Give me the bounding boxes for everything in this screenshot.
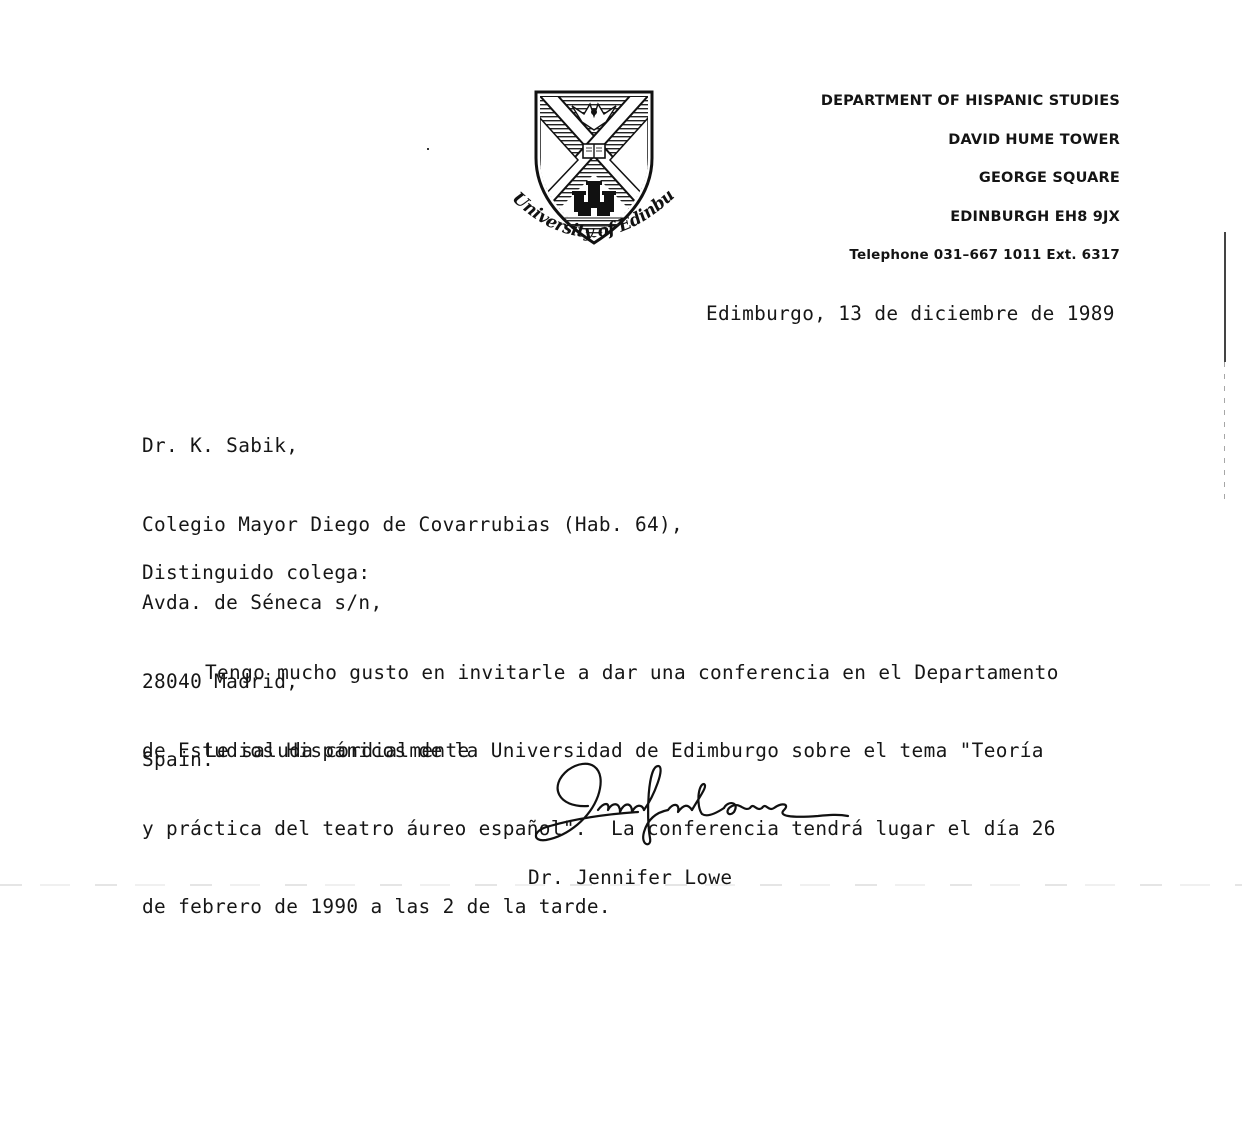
scan-edge-mark xyxy=(1224,362,1225,502)
salutation: Distinguido colega: xyxy=(142,560,370,586)
closing: Le saluda cordialmente xyxy=(205,738,470,764)
body-line: de febrero de 1990 a las 2 de la tarde. xyxy=(142,894,1059,920)
letter-page: University of Edinburgh DEPARTMENT OF HI… xyxy=(0,0,1242,1142)
street-address: GEORGE SQUARE xyxy=(821,167,1120,206)
letterhead-address: DEPARTMENT OF HISPANIC STUDIES DAVID HUM… xyxy=(821,90,1120,283)
body-line: Tengo mucho gusto en invitarle a dar una… xyxy=(142,660,1059,686)
fold-line xyxy=(0,884,1242,886)
city-postcode: EDINBURGH EH8 9JX xyxy=(821,206,1120,245)
handwritten-signature-icon xyxy=(528,756,858,852)
recipient-line: Dr. K. Sabik, xyxy=(142,433,683,460)
building-name: DAVID HUME TOWER xyxy=(821,129,1120,168)
signer-name: Dr. Jennifer Lowe xyxy=(528,865,732,891)
department-name: DEPARTMENT OF HISPANIC STUDIES xyxy=(821,90,1120,129)
scan-speck xyxy=(427,148,429,150)
letter-date: Edimburgo, 13 de diciembre de 1989 xyxy=(706,301,1115,327)
scan-edge-mark xyxy=(1224,232,1226,362)
university-crest-icon: University of Edinburgh xyxy=(500,88,685,258)
telephone-number: Telephone 031–667 1011 Ext. 6317 xyxy=(821,244,1120,283)
recipient-line: Colegio Mayor Diego de Covarrubias (Hab.… xyxy=(142,512,683,539)
